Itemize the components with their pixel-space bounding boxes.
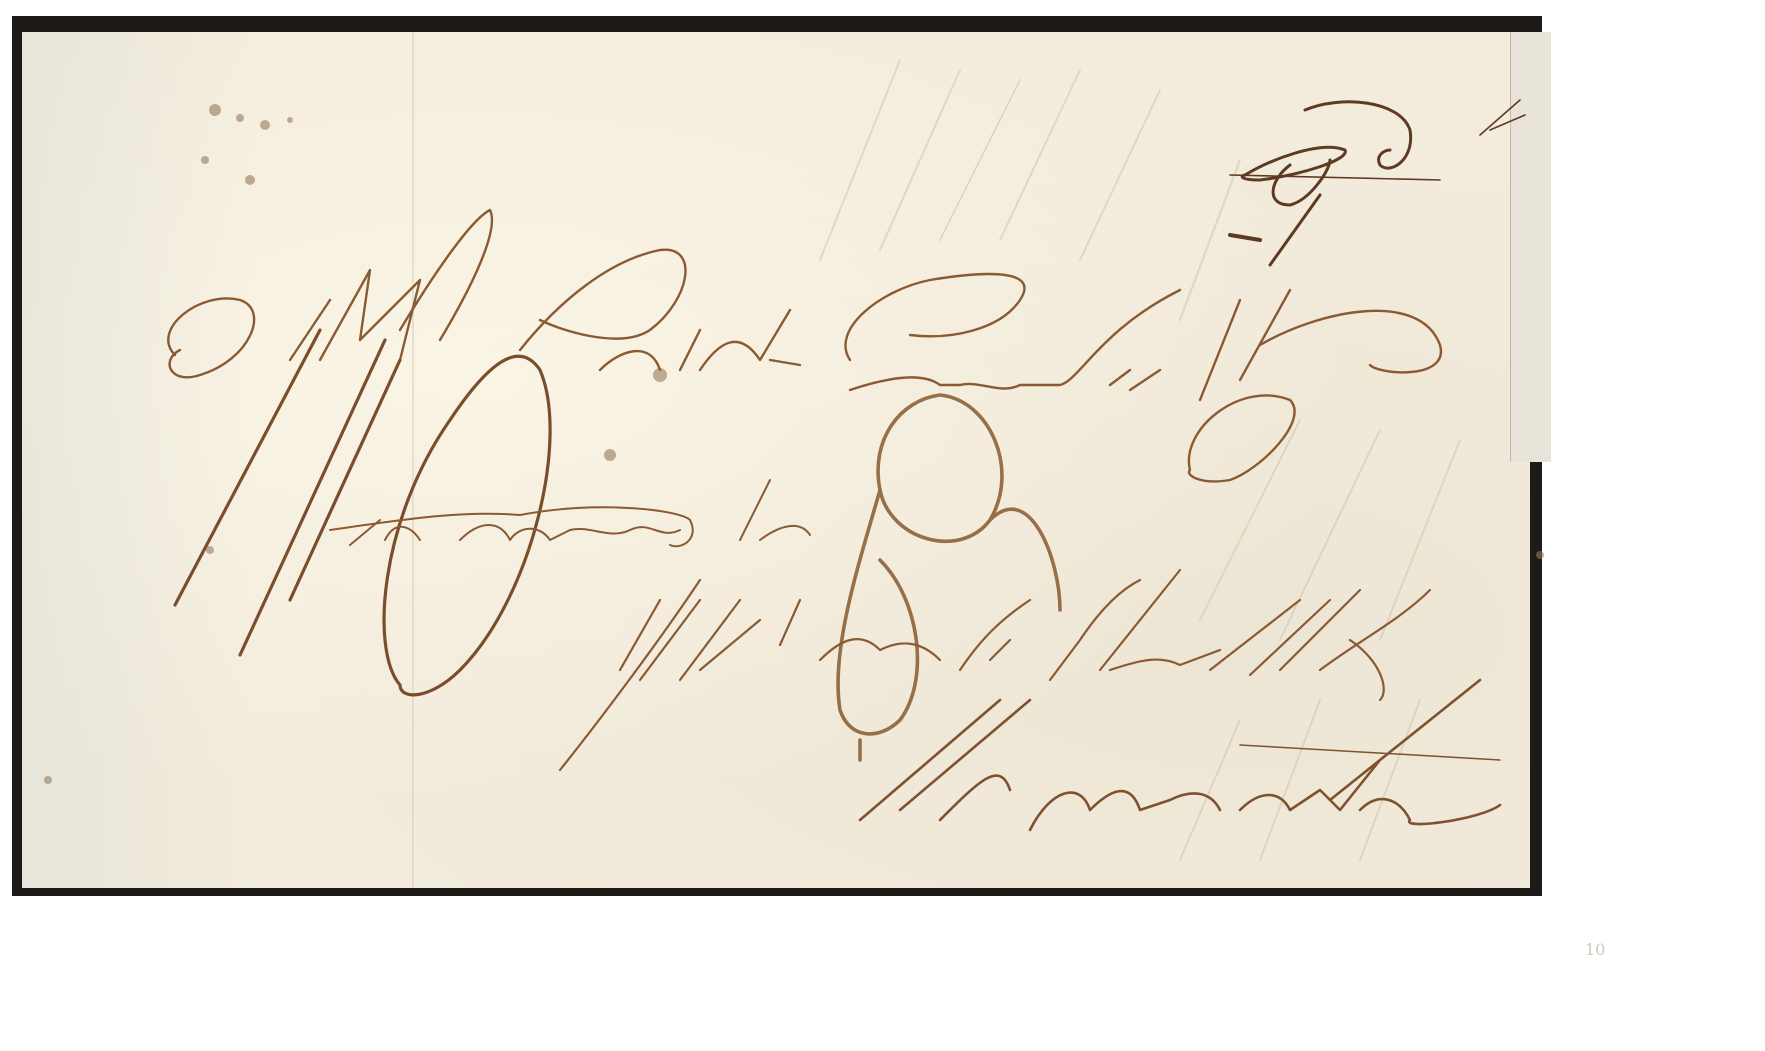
address-line-4-strokes xyxy=(860,680,1500,830)
ink-smudges xyxy=(44,104,1544,784)
address-line-3-strokes xyxy=(560,570,1430,770)
numeral-10-strokes xyxy=(175,330,550,695)
handwriting-layer xyxy=(0,0,1765,1051)
rate-mark-strokes xyxy=(1230,100,1525,265)
numeral-8-strokes xyxy=(838,395,1060,760)
address-line-1-strokes xyxy=(168,210,1441,481)
show-through-strokes xyxy=(820,60,1460,860)
